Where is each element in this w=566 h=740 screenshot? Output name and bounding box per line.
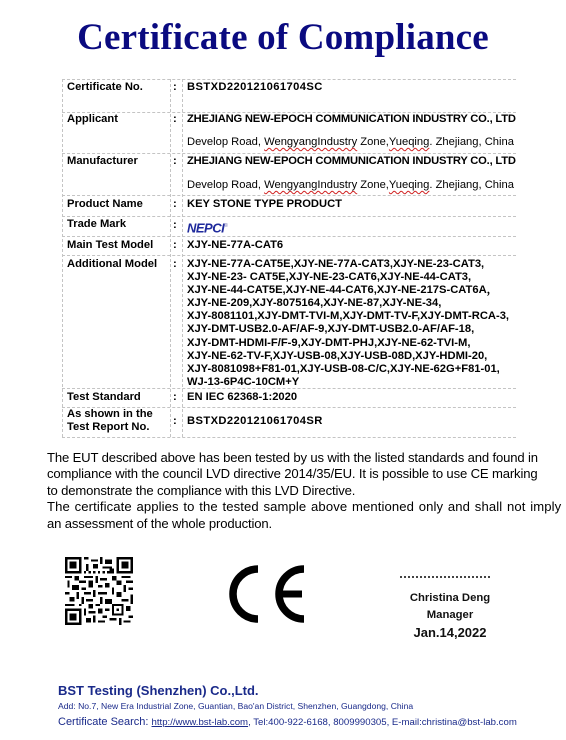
footer-company: BST Testing (Shenzhen) Co.,Ltd. <box>58 683 259 698</box>
grid-line <box>62 79 63 437</box>
address-part: WengyangIndustry <box>264 179 357 191</box>
model-line: XJY-NE-77A-CAT5E,XJY-NE-77A-CAT3,XJY-NE-… <box>187 258 509 271</box>
separator: : <box>173 391 177 404</box>
grid-line <box>62 236 516 237</box>
model-line: XJY-8081101,XJY-DMT-TVI-M,XJY-DMT-TV-F,X… <box>187 310 509 323</box>
trade-mark-text: NEPCI <box>187 220 224 235</box>
address-part: Develop Road, <box>187 136 264 148</box>
applicant-address: Develop Road, WengyangIndustry Zone,Yueq… <box>187 136 514 149</box>
test-report-no-value: BSTXD220121061704SR <box>187 415 323 428</box>
additional-model-list: XJY-NE-77A-CAT5E,XJY-NE-77A-CAT3,XJY-NE-… <box>187 258 509 389</box>
grid-line <box>62 255 516 256</box>
registered-mark-icon: ® <box>224 223 227 229</box>
footer-address: Add: No.7, New Era Industrial Zone, Guan… <box>58 701 413 711</box>
trade-mark-label: Trade Mark <box>67 218 126 231</box>
address-part: Zone, <box>357 136 389 148</box>
address-part: Zone, <box>357 179 389 191</box>
certificate-title: Certificate of Compliance <box>0 14 566 62</box>
main-test-model-label: Main Test Model <box>67 239 153 252</box>
test-report-label-line2: Test Report No. <box>67 421 149 434</box>
model-line: XJY-NE-44-CAT5E,XJY-NE-44-CAT6,XJY-NE-21… <box>187 284 509 297</box>
product-name-value: KEY STONE TYPE PRODUCT <box>187 198 342 211</box>
product-name-label: Product Name <box>67 198 143 211</box>
grid-line <box>62 437 516 438</box>
statement-line: to demonstrate the compliance with this … <box>47 483 547 500</box>
separator: : <box>173 258 177 271</box>
trade-mark-logo: NEPCI® <box>187 219 227 235</box>
company-name: BST Testing (Shenzhen) Co.,Ltd. <box>58 683 259 698</box>
grid-line <box>182 79 183 437</box>
signatory-position: Manager <box>380 609 520 621</box>
model-line: XJY-NE-209,XJY-8075164,XJY-NE-87,XJY-NE-… <box>187 297 509 310</box>
test-standard-value: EN IEC 62368-1:2020 <box>187 391 297 404</box>
separator: : <box>173 219 177 232</box>
signatory-date: Jan.14,2022 <box>380 625 520 640</box>
separator: : <box>173 415 177 428</box>
qr-code-icon <box>65 557 133 625</box>
footer-certificate-search: Certificate Search: http://www.bst-lab.c… <box>58 716 517 728</box>
grid-line <box>170 79 171 437</box>
website-link[interactable]: http://www.bst-lab.com <box>152 717 249 728</box>
separator: : <box>173 81 177 94</box>
grid-line <box>62 216 516 217</box>
grid-line <box>62 79 516 80</box>
address-part: . Zhejiang, China <box>429 179 514 191</box>
applicant-label: Applicant <box>67 113 118 126</box>
model-line: XJY-DMT-USB2.0-AF/AF-9,XJY-DMT-USB2.0-AF… <box>187 323 509 336</box>
test-standard-label: Test Standard <box>67 391 141 404</box>
model-line: XJY-8081098+F81-01,XJY-USB-08-C/C,XJY-NE… <box>187 363 509 376</box>
main-test-model-value: XJY-NE-77A-CAT6 <box>187 239 283 252</box>
statement-line: compliance with the council LVD directiv… <box>47 466 547 483</box>
grid-line <box>62 195 516 196</box>
separator: : <box>173 239 177 252</box>
address-part: WengyangIndustry <box>264 136 357 148</box>
additional-model-label: Additional Model <box>67 258 157 271</box>
certificate-no-label: Certificate No. <box>67 81 143 94</box>
certificate-no-value: BSTXD220121061704SC <box>187 81 323 94</box>
model-line: XJY-DMT-HDMI-F/F-9,XJY-DMT-PHJ,XJY-NE-62… <box>187 337 509 350</box>
manufacturer-address: Develop Road, WengyangIndustry Zone,Yueq… <box>187 179 514 192</box>
address-part: Yueqing <box>389 136 429 148</box>
separator: : <box>173 155 177 168</box>
model-line: XJY-NE-23- CAT5E,XJY-NE-23-CAT6,XJY-NE-4… <box>187 271 509 284</box>
address-part: . Zhejiang, China <box>429 136 514 148</box>
statement-line: an assessment of the whole production. <box>47 516 547 533</box>
address-part: Develop Road, <box>187 179 264 191</box>
ce-mark-icon <box>222 563 310 625</box>
statement-line: The certificate applies to the tested sa… <box>47 499 547 516</box>
applicant-name: ZHEJIANG NEW-EPOCH COMMUNICATION INDUSTR… <box>187 113 516 126</box>
contact-info: , Tel:400-922-6168, 8009990305, E-mail:c… <box>248 717 517 728</box>
signature-line <box>400 576 490 578</box>
separator: : <box>173 198 177 211</box>
manufacturer-label: Manufacturer <box>67 155 138 168</box>
certificate-search-label: Certificate Search: <box>58 716 152 728</box>
manufacturer-name: ZHEJIANG NEW-EPOCH COMMUNICATION INDUSTR… <box>187 155 516 168</box>
statement-line: The EUT described above has been tested … <box>47 450 547 467</box>
separator: : <box>173 113 177 126</box>
signatory-name: Christina Deng <box>380 592 520 604</box>
model-line: XJY-NE-62-TV-F,XJY-USB-08,XJY-USB-08D,XJ… <box>187 350 509 363</box>
grid-line <box>62 153 516 154</box>
address-part: Yueqing <box>389 179 429 191</box>
test-report-label-line1: As shown in the <box>67 408 153 421</box>
model-line: WJ-13-6P4C-10CM+Y <box>187 376 509 389</box>
